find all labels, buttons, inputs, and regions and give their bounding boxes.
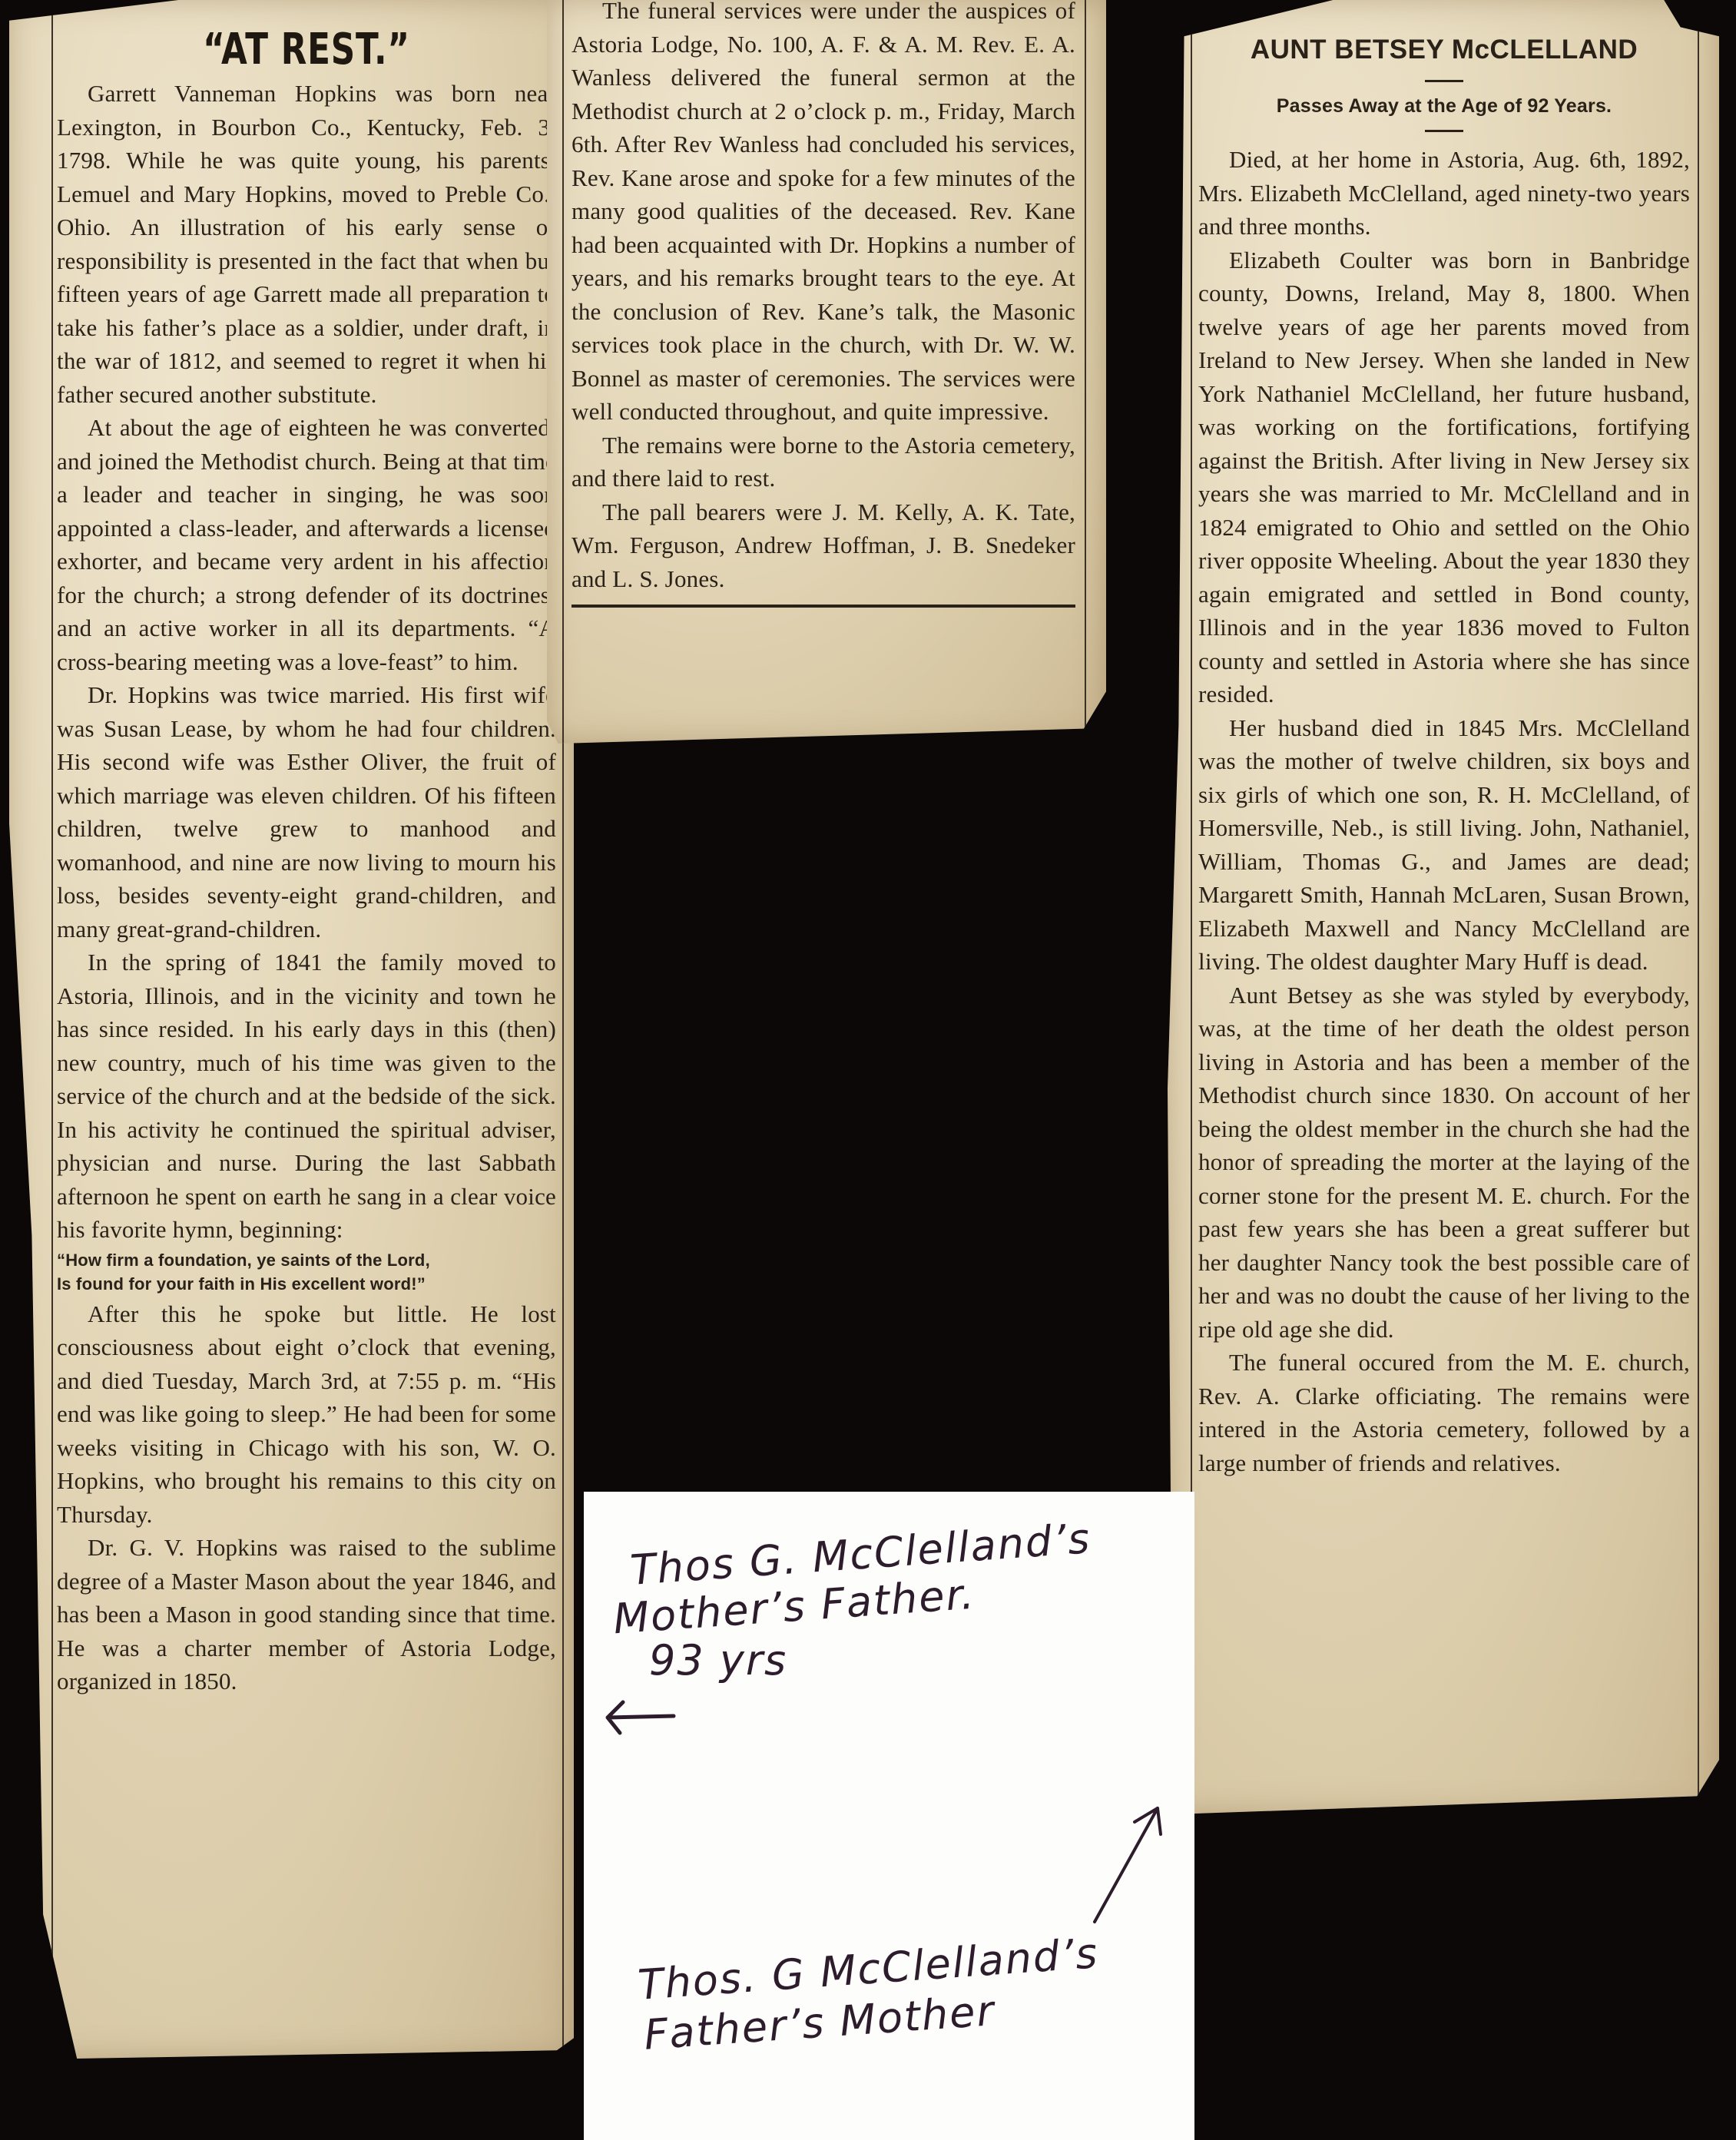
clipping-at-rest: “AT REST.” Garrett Vanneman Hopkins was …	[9, 0, 574, 2059]
at-rest-article: “AT REST.” Garrett Vanneman Hopkins was …	[57, 23, 556, 1698]
funeral-paragraph: The pall bearers were J. M. Kelly, A. K.…	[571, 495, 1075, 596]
aunt-betsey-paragraph: The funeral occured from the M. E. churc…	[1198, 1346, 1690, 1479]
column-rule-right	[1085, 0, 1086, 744]
aunt-betsey-headline: AUNT BETSEY McCLELLAND	[1198, 31, 1690, 69]
arrow-left-icon	[603, 1693, 680, 1739]
aunt-betsey-article: AUNT BETSEY McCLELLAND Passes Away at th…	[1198, 31, 1690, 1479]
at-rest-paragraph: Dr. G. V. Hopkins was raised to the subl…	[57, 1531, 556, 1698]
at-rest-paragraph: Dr. Hopkins was twice married. His first…	[57, 678, 556, 946]
headline-dash	[1425, 80, 1463, 82]
aunt-betsey-paragraph: Aunt Betsey as she was styled by everybo…	[1198, 979, 1690, 1347]
at-rest-paragraph: After this he spoke but little. He lost …	[57, 1297, 556, 1532]
aunt-betsey-paragraph: Died, at her home in Astoria, Aug. 6th, …	[1198, 143, 1690, 243]
clipping-aunt-betsey: AUNT BETSEY McCLELLAND Passes Away at th…	[1168, 0, 1719, 1814]
funeral-article: The funeral services were under the ausp…	[571, 0, 1075, 608]
aunt-betsey-paragraph: Her husband died in 1845 Mrs. McClelland…	[1198, 711, 1690, 979]
subhead-dash	[1425, 130, 1463, 132]
end-rule	[571, 605, 1075, 608]
aunt-betsey-subhead: Passes Away at the Age of 92 Years.	[1198, 93, 1690, 119]
hymn-line: Is found for your faith in His excellent…	[57, 1274, 556, 1294]
at-rest-paragraph: At about the age of eighteen he was conv…	[57, 411, 556, 678]
aunt-betsey-paragraph: Elizabeth Coulter was born in Banbridge …	[1198, 243, 1690, 711]
funeral-paragraph: The remains were borne to the Astoria ce…	[571, 429, 1075, 495]
hymn-line: “How firm a foundation, ye saints of the…	[57, 1250, 556, 1270]
column-rule-left	[51, 0, 53, 2059]
column-rule-left	[562, 0, 564, 744]
note-top-line3: 93 yrs	[649, 1636, 787, 1685]
at-rest-headline: “AT REST.”	[112, 23, 502, 77]
column-rule-right	[1698, 31, 1699, 1814]
clipping-funeral: The funeral services were under the ausp…	[547, 0, 1106, 744]
arrow-up-right-icon	[1087, 1799, 1171, 1930]
at-rest-paragraph: In the spring of 1841 the family moved t…	[57, 946, 556, 1247]
funeral-paragraph: The funeral services were under the ausp…	[571, 0, 1075, 429]
at-rest-paragraph: Garrett Vanneman Hopkins was born near L…	[57, 77, 556, 411]
handwritten-note-card: Thos G. McClelland’s Mother’s Father. 93…	[584, 1492, 1194, 2140]
